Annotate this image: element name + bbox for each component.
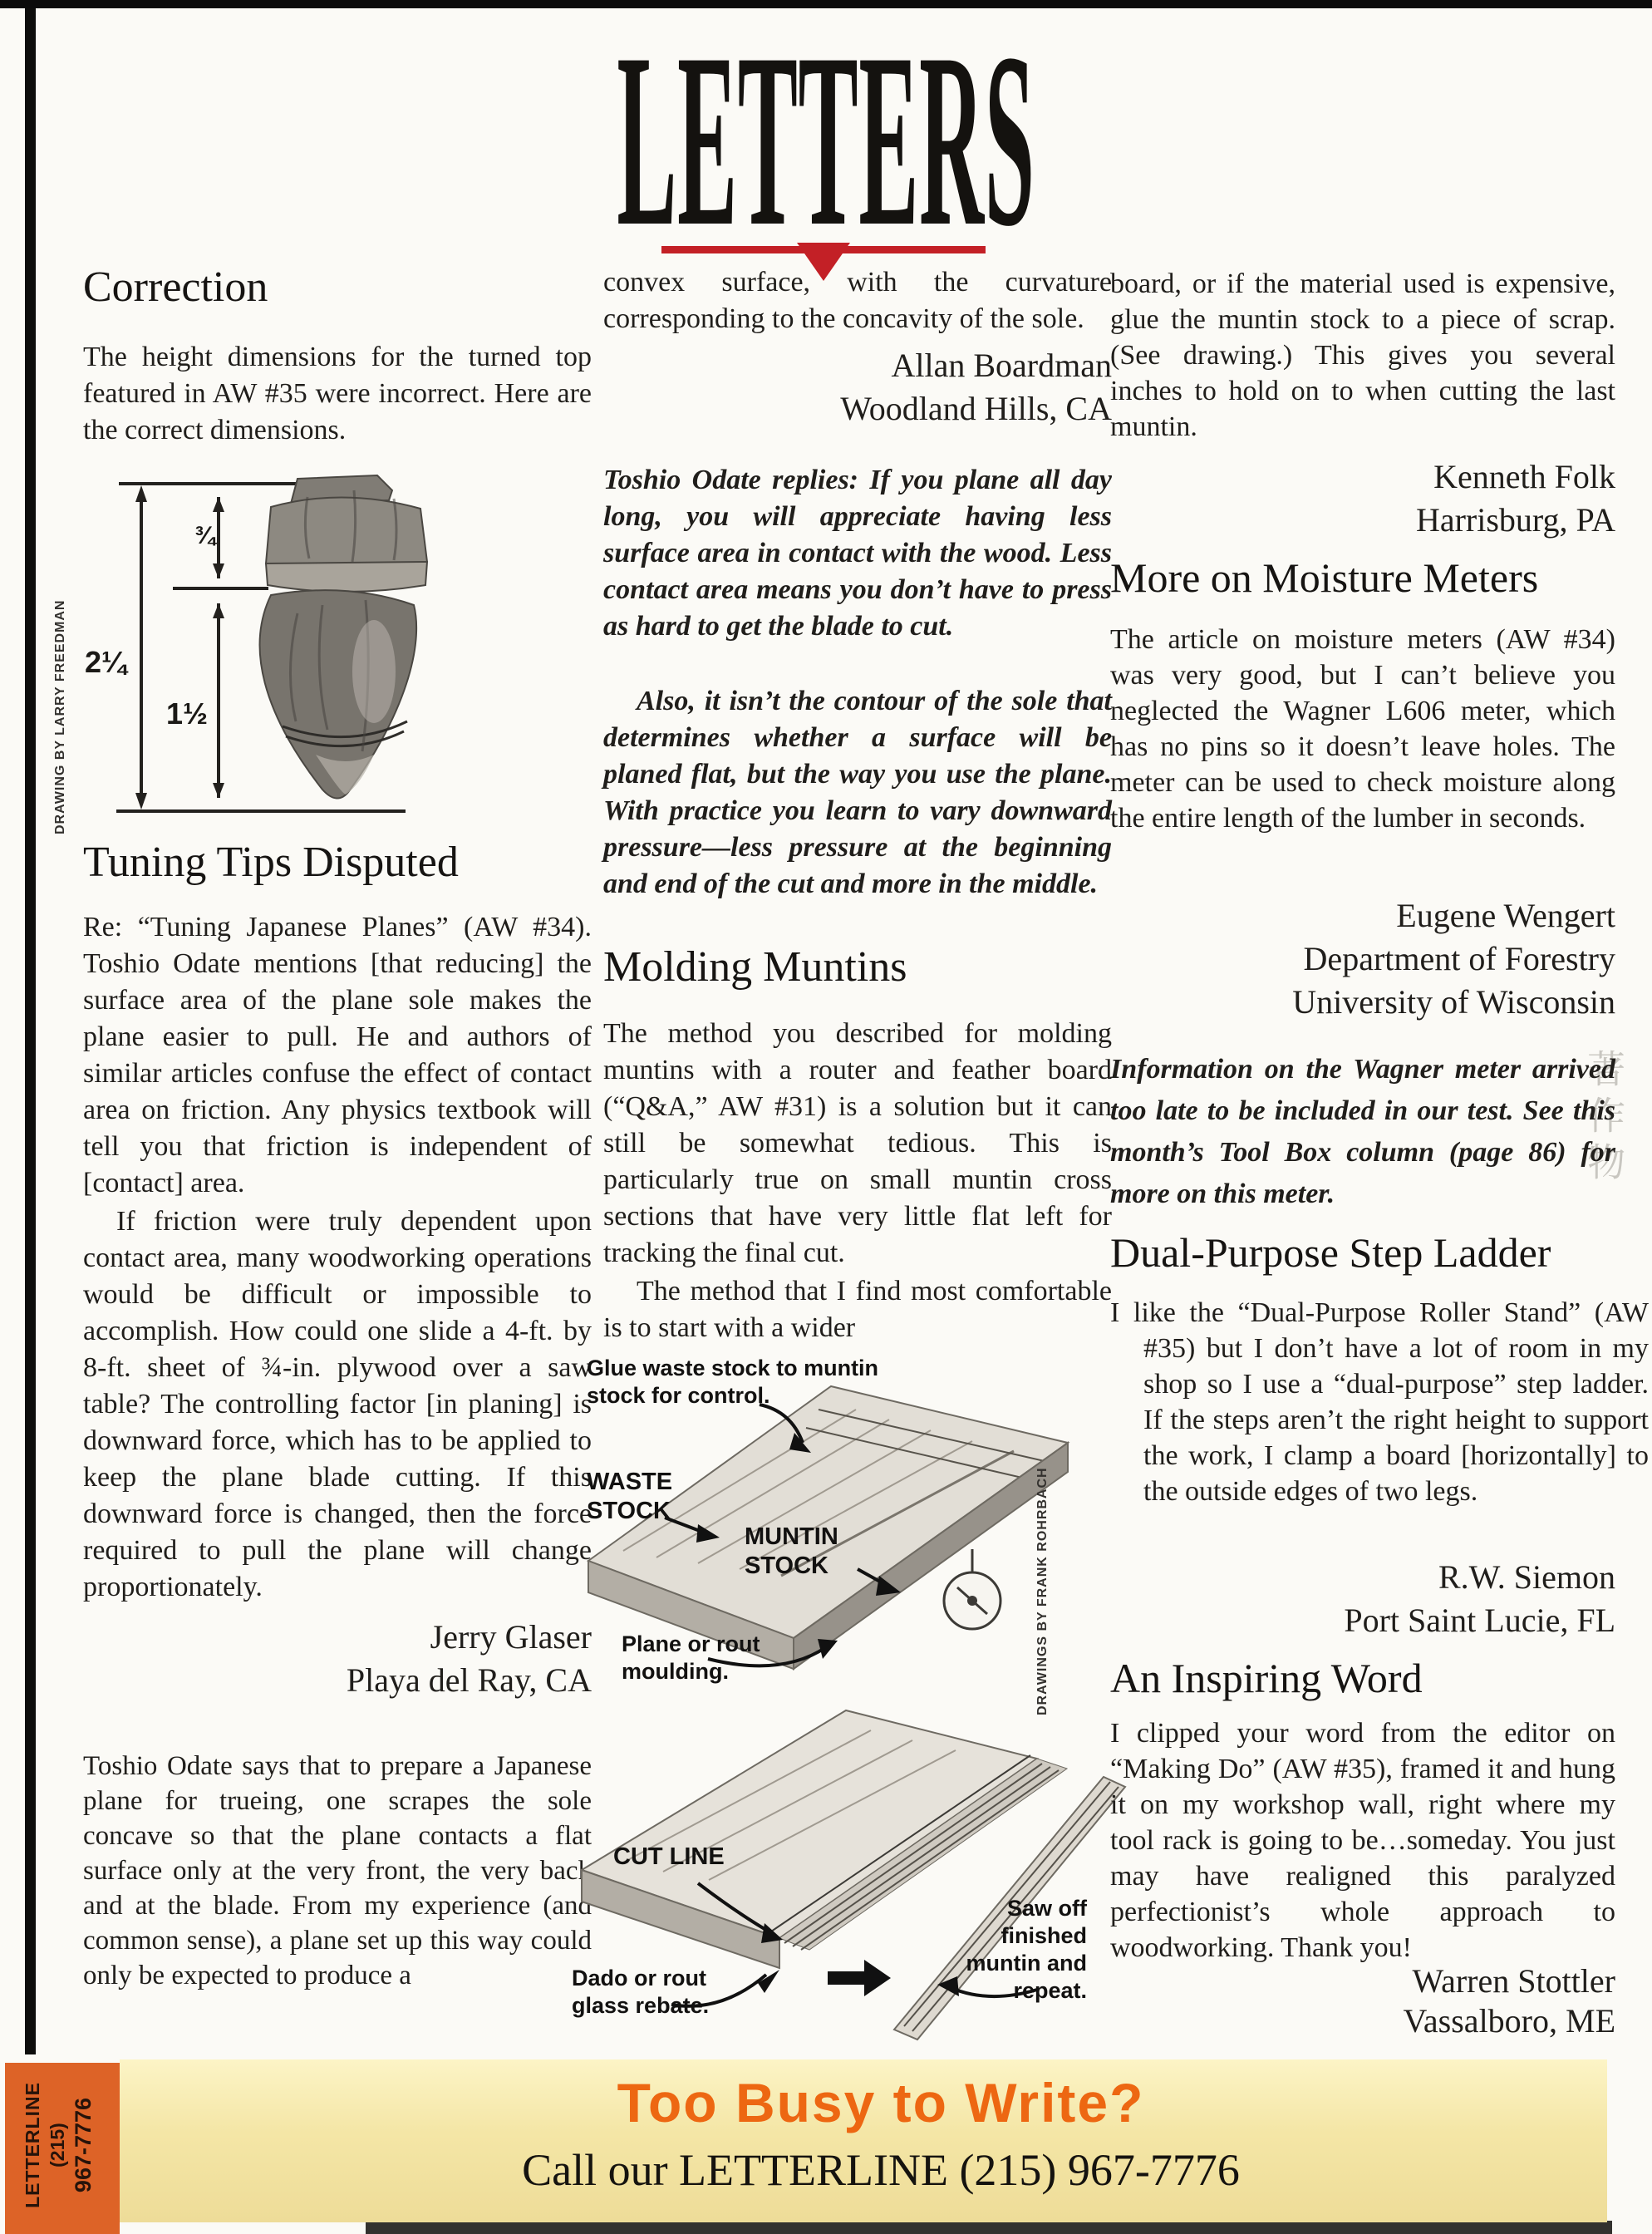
page-title: LETTERS — [529, 23, 1123, 256]
label-waste-stock: WASTE STOCK — [587, 1468, 672, 1526]
signature-name: Kenneth Folk — [1110, 455, 1615, 499]
signature-glaser: Jerry Glaser Playa del Ray, CA — [83, 1616, 592, 1702]
dim-overall: 2¼ — [85, 645, 126, 680]
tuning-para3: Toshio Odate says that to prepare a Japa… — [83, 1749, 592, 1993]
ladder-heading: Dual-Purpose Step Ladder — [1110, 1230, 1551, 1275]
dim-top: ¾ — [194, 522, 215, 550]
drawing-credit-rohrbach: DRAWINGS BY FRANK ROHRBACH — [1035, 1467, 1050, 1715]
editor-note: Information on the Wagner meter arrived … — [1110, 1049, 1615, 1215]
signature-name: Warren Stottler — [1110, 1961, 1615, 2001]
inspiring-heading: An Inspiring Word — [1110, 1656, 1423, 1700]
label-dado: Dado or rout glass rebate. — [572, 1965, 709, 2020]
side-phone: 967-7776 — [70, 2066, 96, 2224]
turned-top-drawing: ¾ 2¼ 1½ — [48, 462, 464, 834]
scan-bottom-strip — [366, 2221, 1612, 2234]
banner-headline: Too Busy to Write? — [465, 2071, 1296, 2134]
signature-folk: Kenneth Folk Harrisburg, PA — [1110, 455, 1615, 542]
inspiring-body: I clipped your word from the editor on “… — [1110, 1715, 1615, 1966]
signature-wengert: Eugene Wengert Department of Forestry Un… — [1110, 894, 1615, 1024]
tuning-heading: Tuning Tips Disputed — [83, 839, 459, 886]
correction-heading: Correction — [83, 264, 268, 311]
signature-siemon: R.W. Siemon Port Saint Lucie, FL — [1110, 1556, 1615, 1642]
molding-para2: The method that I find most comfortable … — [603, 1273, 1112, 1346]
tuning-para1: Re: “Tuning Japanese Planes” (AW #34). T… — [83, 909, 592, 1202]
signature-place: Vassalboro, ME — [1110, 2001, 1615, 2041]
signature-boardman: Allan Boardman Woodland Hills, CA — [603, 344, 1112, 431]
drawing-credit-freedman: DRAWING BY LARRY FREEDMAN — [53, 600, 68, 835]
letterline-side-text: LETTERLINE (215) 967-7776 — [20, 2066, 96, 2224]
signature-place: Woodland Hills, CA — [603, 387, 1112, 431]
muntin-drawing-2: CUT LINE Dado or rout glass rebate. Saw … — [572, 1697, 1130, 2046]
label-muntin-stock: MUNTIN STOCK — [745, 1523, 838, 1581]
signature-name: Jerry Glaser — [83, 1616, 592, 1659]
label-cut-line: CUT LINE — [613, 1843, 725, 1871]
molding-heading: Molding Muntins — [603, 944, 907, 991]
signature-place: Port Saint Lucie, FL — [1110, 1599, 1615, 1642]
odate-reply-para1: Toshio Odate replies: If you plane all d… — [603, 462, 1112, 645]
signature-name: Allan Boardman — [603, 344, 1112, 387]
tuning-para2: If friction were truly dependent upon co… — [83, 1203, 592, 1606]
moisture-body: The article on moisture meters (AW #34) … — [1110, 622, 1615, 836]
correction-body: The height dimensions for the turned top… — [83, 339, 592, 449]
banner-phone-line: Call our LETTERLINE (215) 967-7776 — [382, 2144, 1379, 2196]
dim-bottom: 1½ — [166, 696, 208, 731]
muntin-drawing-1: Glue waste stock to muntin stock for con… — [582, 1351, 1080, 1696]
label-glue: Glue waste stock to muntin stock for con… — [587, 1355, 878, 1410]
signature-univ: University of Wisconsin — [1110, 981, 1615, 1024]
ladder-body: I like the “Dual-Purpose Roller Stand” (… — [1110, 1295, 1649, 1509]
signature-name: Eugene Wengert — [1110, 894, 1615, 937]
odate-reply-para2: Also, it isn’t the contour of the sole t… — [603, 683, 1112, 903]
signature-place: Playa del Ray, CA — [83, 1659, 592, 1702]
label-saw-off: Saw off finished muntin and repeat. — [962, 1895, 1087, 2005]
scan-left-strip — [25, 8, 36, 2054]
signature-stottler: Warren Stottler Vassalboro, ME — [1110, 1961, 1615, 2041]
side-areacode: (215) — [45, 2066, 70, 2224]
signature-dept: Department of Forestry — [1110, 937, 1615, 981]
moisture-heading: More on Moisture Meters — [1110, 555, 1538, 600]
side-letterline: LETTERLINE — [20, 2066, 45, 2224]
label-plane-rout: Plane or rout moulding. — [622, 1631, 760, 1685]
signature-name: R.W. Siemon — [1110, 1556, 1615, 1599]
signature-place: Harrisburg, PA — [1110, 499, 1615, 542]
magazine-letters-page: LETTERS 著作物 Correction The height dimens… — [0, 0, 1652, 2234]
folk-continuation: board, or if the material used is expens… — [1110, 266, 1615, 445]
boardman-continuation: convex surface, with the curvature corre… — [603, 264, 1112, 337]
molding-para1: The method you described for molding mun… — [603, 1016, 1112, 1272]
